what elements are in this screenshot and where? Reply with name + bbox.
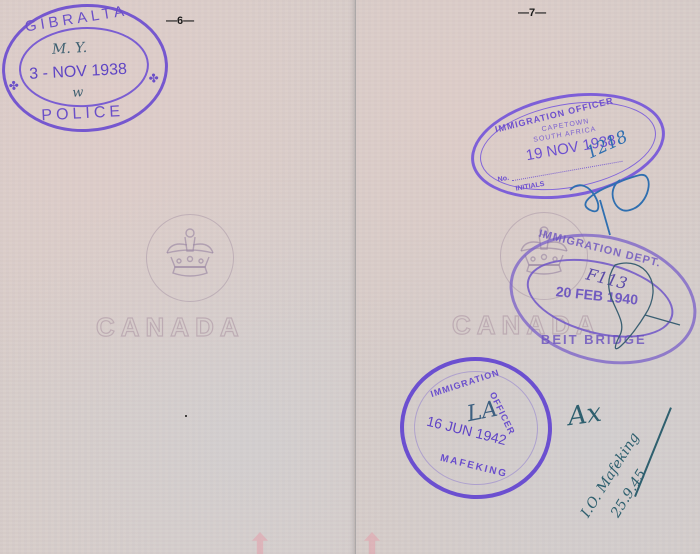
passport-spread: —6— CANADA GIBRALTA M. Y. 3 - NOV 1938	[0, 0, 700, 554]
page-left: —6— CANADA GIBRALTA M. Y. 3 - NOV 1938	[0, 0, 354, 554]
handwritten-mark: w	[72, 85, 84, 101]
page-number: —7—	[518, 7, 546, 19]
handwritten-signature: Ax	[566, 398, 603, 432]
stamp-gibraltar-police: GIBRALTA M. Y. 3 - NOV 1938 w POLICE ✤ ✤	[0, 0, 171, 136]
rosette-icon: ✤	[8, 78, 19, 93]
ink-dot	[185, 415, 187, 417]
handwritten-initials: M. Y.	[52, 40, 88, 58]
page-number: —6—	[166, 15, 194, 27]
crown-icon	[146, 214, 234, 302]
pink-watermark-mark	[252, 532, 268, 554]
signature-loop-icon	[575, 255, 685, 375]
watermark-text: CANADA	[96, 312, 245, 343]
pink-watermark-mark	[364, 532, 380, 554]
rosette-icon: ✤	[148, 71, 159, 86]
stamp-bottom-text: POLICE	[41, 103, 125, 125]
signature-scribble-icon	[560, 160, 660, 240]
